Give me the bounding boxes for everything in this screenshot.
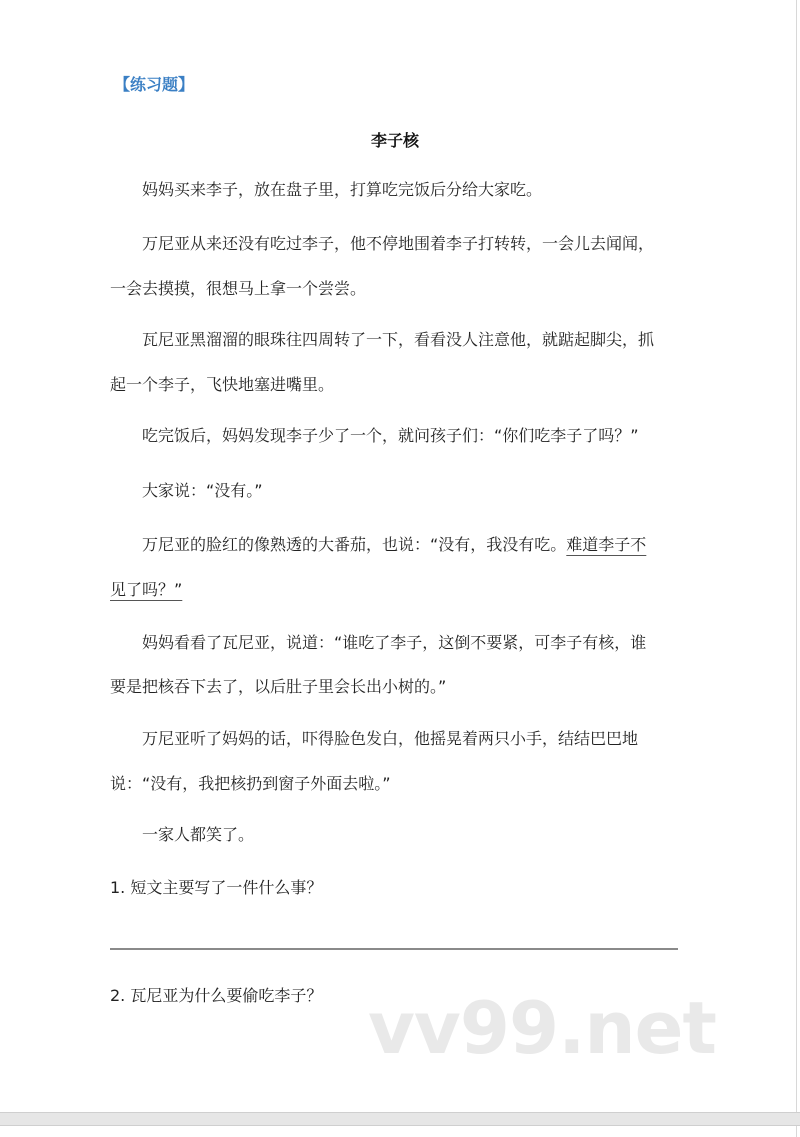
paragraph-line: 吃完饭后，妈妈发现李子少了一个，就问孩子们：“你们吃李子了吗？”	[142, 426, 639, 446]
paragraph-line: 万尼亚从来还没有吃过李子，他不停地围着李子打转转，一会儿去闻闻，	[142, 234, 654, 254]
paragraph-line: 万尼亚的脸红的像熟透的大番茄，也说：“没有，我没有吃。难道李子不	[142, 535, 646, 555]
section-label: 【练习题】	[114, 72, 194, 95]
paragraph-line: 瓦尼亚黑溜溜的眼珠往四周转了一下，看看没人注意他，就踮起脚尖，抓	[142, 330, 654, 350]
paragraph-line: 大家说：“没有。”	[142, 481, 263, 501]
paragraph-line: 妈妈买来李子，放在盘子里，打算吃完饭后分给大家吃。	[142, 180, 542, 200]
paragraph-line: 说：“没有，我把核扔到窗子外面去啦。”	[110, 774, 391, 794]
document-page: 【练习题】 李子核 妈妈买来李子，放在盘子里，打算吃完饭后分给大家吃。 万尼亚从…	[0, 0, 797, 1112]
paragraph-text: 万尼亚的脸红的像熟透的大番茄，也说：“没有，我没有吃。	[142, 535, 566, 554]
paragraph-line: 一家人都笑了。	[142, 825, 254, 845]
paragraph-line: 起一个李子，飞快地塞进嘴里。	[110, 375, 334, 395]
paragraph-line: 万尼亚听了妈妈的话，吓得脸色发白，他摇晃着两只小手，结结巴巴地	[142, 729, 638, 749]
page-separator	[0, 1112, 800, 1126]
paragraph-line: 一会去摸摸，很想马上拿一个尝尝。	[110, 279, 366, 299]
question-1: 1. 短文主要写了一件什么事？	[110, 878, 322, 898]
paragraph-line: 妈妈看看了瓦尼亚，说道：“谁吃了李子，这倒不要紧，可李子有核，谁	[142, 633, 646, 653]
question-2: 2. 瓦尼亚为什么要偷吃李子？	[110, 986, 322, 1006]
document-title: 李子核	[0, 128, 790, 151]
paragraph-line: 见了吗？”	[110, 580, 182, 600]
next-page	[0, 1126, 797, 1137]
underlined-sentence: 见了吗？”	[110, 580, 182, 599]
answer-line	[110, 948, 678, 950]
paragraph-line: 要是把核吞下去了，以后肚子里会长出小树的。”	[110, 677, 446, 697]
underlined-sentence: 难道李子不	[566, 535, 646, 554]
watermark: vv99.net	[368, 992, 716, 1064]
